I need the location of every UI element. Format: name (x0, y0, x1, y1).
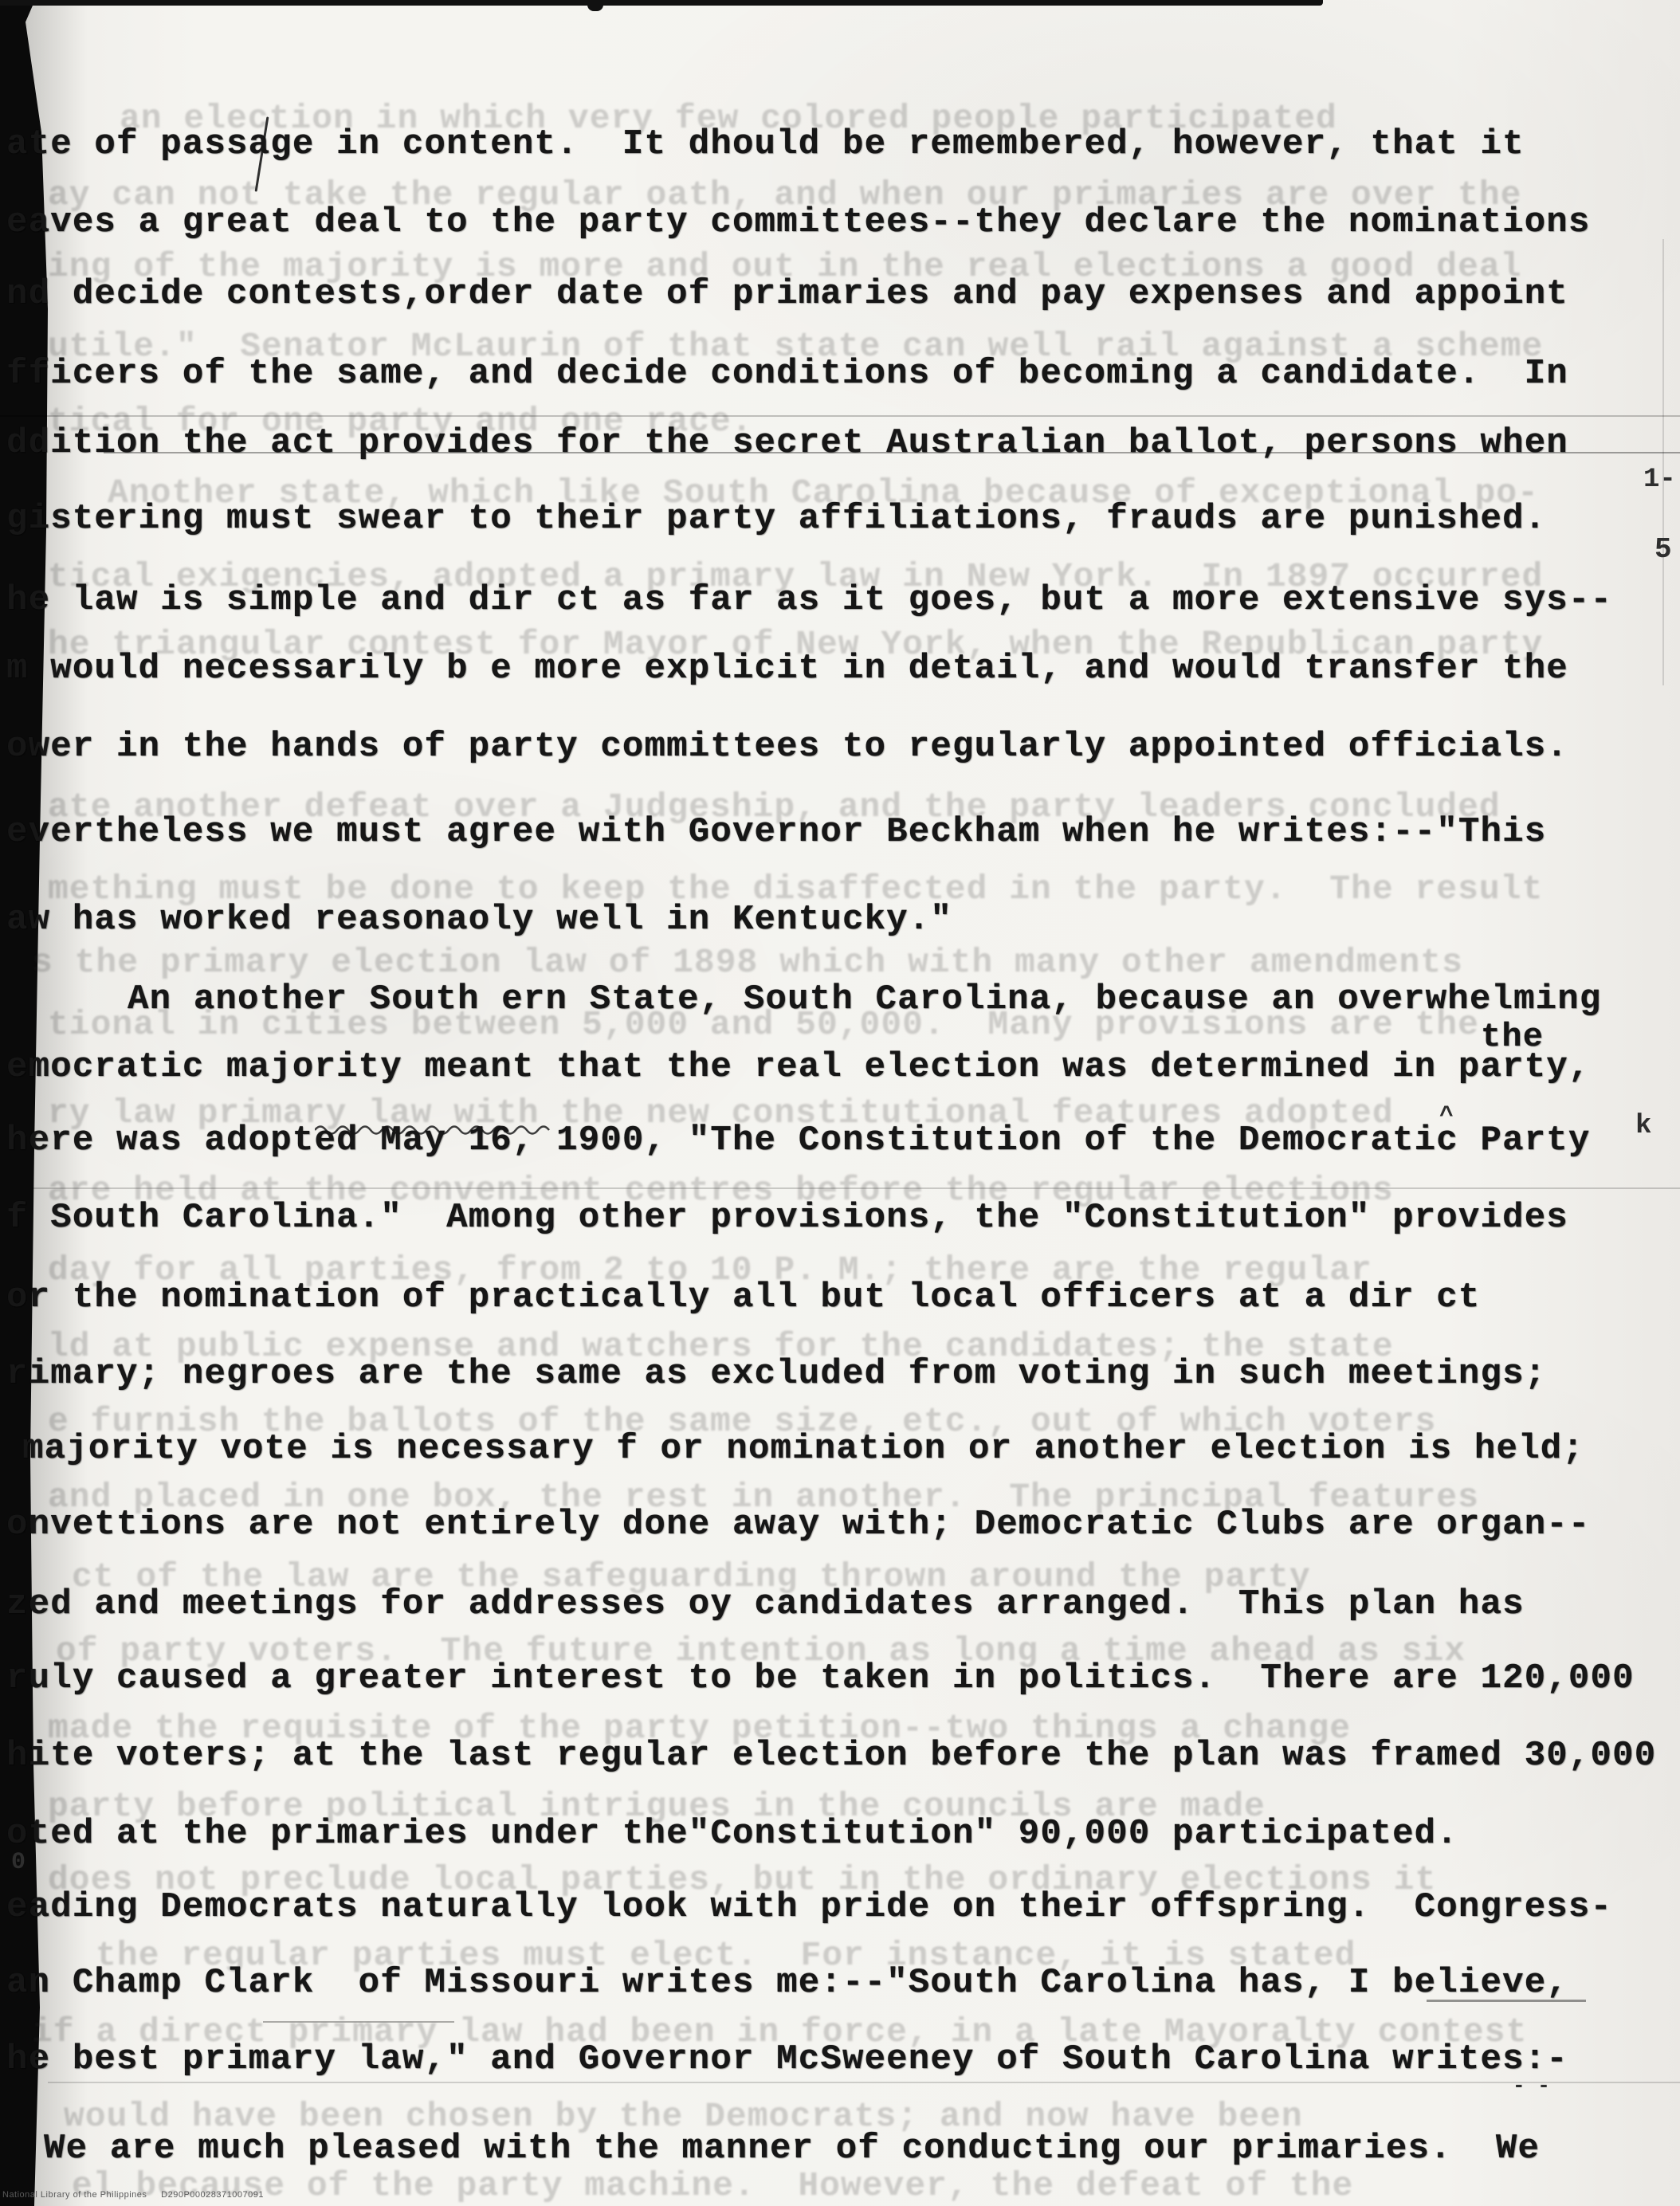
scanned-document-page: { "page": { "paper_color": "#f4f3ef", "i… (0, 0, 1680, 2206)
typed-text-line: f South Carolina." Among other provision… (6, 1200, 1568, 1235)
ghost-text-line: s the primary election law of 1898 which… (32, 945, 1463, 979)
ghost-text-line: tional in cities between 5,000 and 50,00… (48, 1007, 1479, 1042)
typed-text-line: or the nomination of practically all but… (6, 1280, 1481, 1315)
typed-text-line: ruly caused a greater interest to be tak… (6, 1661, 1635, 1696)
typed-text-line: an Champ Clark of Missouri writes me:--"… (6, 1965, 1568, 2000)
typed-text-line: ddition the act provides for the secret … (6, 426, 1568, 461)
typed-text-line: evertheless we must agree with Governor … (6, 814, 1546, 850)
typed-text-line: emocratic majority meant that the real e… (6, 1050, 1591, 1085)
edge-mark: 0 (11, 1851, 26, 1874)
typed-text-line: he best primary law," and Governor McSwe… (6, 2042, 1568, 2077)
typed-text-line: here was adopted May 16, 1900, "The Cons… (6, 1123, 1591, 1158)
typed-text-line: eaves a great deal to the party committe… (6, 205, 1591, 240)
paper-background: an election in which very few colored pe… (0, 0, 1680, 2206)
typed-text-line: zed and meetings for addresses oy candid… (6, 1587, 1525, 1622)
typed-text-line: ate of passage in content. It dhould be … (6, 127, 1525, 162)
typed-text-line: nd decide contests,order date of primari… (6, 277, 1568, 312)
typed-text-line: majority vote is necessary f or nominati… (22, 1431, 1584, 1466)
margin-mark: - - (1513, 2075, 1550, 2096)
typed-text-line: fficers of the same, and decide conditio… (6, 356, 1568, 391)
typed-text-line: eading Democrats naturally look with pri… (6, 1890, 1612, 1925)
margin-mark: k (1635, 1113, 1651, 1140)
ghost-text-line: el because of the party machine. However… (72, 2169, 1353, 2203)
typed-text-line: rimary; negroes are the same as excluded… (6, 1356, 1546, 1392)
margin-mark: 5 (1654, 536, 1672, 564)
typed-text-line: ower in the hands of party committees to… (6, 729, 1568, 764)
typed-text-line: hite voters; at the last regular electio… (6, 1738, 1656, 1773)
typed-text-line: We are much pleased with the manner of c… (44, 2131, 1540, 2166)
caret-mark: ^ (1439, 1105, 1454, 1129)
margin-mark: 1- (1643, 466, 1676, 493)
typed-text-line: onvettions are not entirely done away wi… (6, 1507, 1591, 1542)
library-watermark: National Library of the Philippines D290… (2, 2190, 264, 2200)
typed-text-line: he law is simple and dir ct as far as it… (6, 583, 1612, 618)
typed-text-line: gistering must swear to their party affi… (6, 501, 1546, 536)
text-layer: an election in which very few colored pe… (0, 0, 1680, 2206)
typed-text-line: m would necessarily b e more explicit in… (6, 651, 1568, 686)
typed-text-line: aw has worked reasonaoly well in Kentuck… (6, 902, 952, 937)
typed-text-line: oted at the primaries under the"Constitu… (6, 1816, 1458, 1851)
